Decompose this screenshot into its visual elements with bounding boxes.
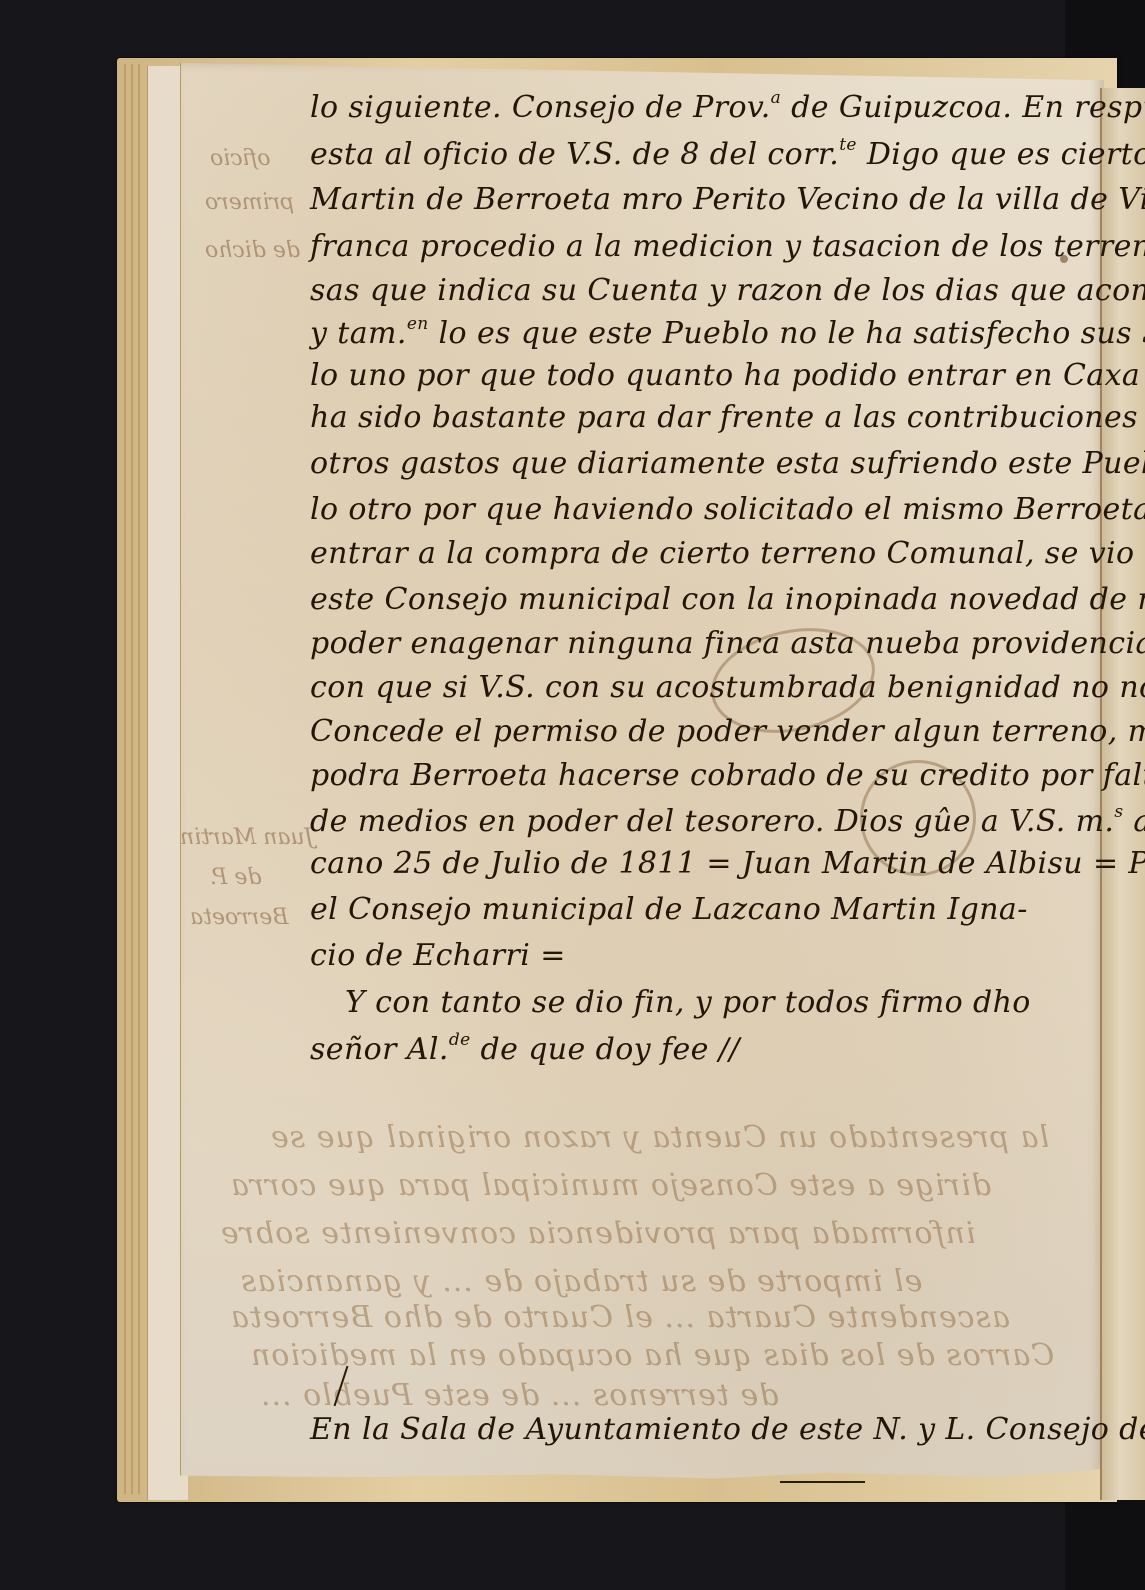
manuscript-line: En la Sala de Ayuntamiento de este N. y … xyxy=(310,1412,1145,1447)
margin-bleed-text: de P. xyxy=(210,865,261,890)
bleed-through-line: Carros de los dias que ha ocupado en la … xyxy=(250,1338,1054,1373)
manuscript-line: el Consejo municipal de Lazcano Martin I… xyxy=(310,892,1028,927)
page-edge-line xyxy=(124,64,126,1494)
manuscript-line: de medios en poder del tesorero. Dios gû… xyxy=(310,802,1145,839)
page-edge-line xyxy=(131,64,133,1494)
manuscript-line: Martin de Berroeta mro Perito Vecino de … xyxy=(310,182,1145,217)
bleed-through-line: dirige a este Consejo municipal para que… xyxy=(230,1168,991,1203)
manuscript-line: lo otro por que haviendo solicitado el m… xyxy=(310,492,1145,527)
manuscript-line: cio de Echarri = xyxy=(310,938,566,973)
manuscript-line: entrar a la compra de cierto terreno Com… xyxy=(310,536,1135,571)
manuscript-line: lo siguiente. Consejo de Prov.a de Guipu… xyxy=(310,88,1145,125)
margin-bleed-text: de dicho xyxy=(205,238,300,263)
margin-bleed-text: oficio xyxy=(210,146,271,171)
manuscript-line: Concede el permiso de poder vender algun… xyxy=(310,714,1145,749)
margin-bleed-text: Berroeta xyxy=(190,905,288,930)
manuscript-line: cano 25 de Julio de 1811 = Juan Martin d… xyxy=(310,846,1145,881)
manuscript-line: otros gastos que diariamente esta sufrie… xyxy=(310,446,1145,481)
bleed-through-line: la presentado un Cuenta y razon original… xyxy=(270,1120,1049,1155)
margin-bleed-text: Juan Martin xyxy=(180,825,313,850)
page-edge-line xyxy=(138,64,140,1494)
manuscript-line: este Consejo municipal con la inopinada … xyxy=(310,582,1145,617)
bleed-through-line: el importe de su trabajo de ... y gananc… xyxy=(240,1264,922,1299)
manuscript-line: franca procedio a la medicion y tasacion… xyxy=(310,229,1145,264)
manuscript-line: podra Berroeta hacerse cobrado de su cre… xyxy=(310,758,1145,793)
manuscript-line: sas que indica su Cuenta y razon de los … xyxy=(310,273,1145,308)
manuscript-line: ha sido bastante para dar frente a las c… xyxy=(310,400,1145,435)
manuscript-line: y tam.en lo es que este Pueblo no le ha … xyxy=(310,314,1145,351)
bleed-through-line: ascendente Cuarta ... el Cuarto de dho B… xyxy=(230,1300,1010,1335)
manuscript-line: esta al oficio de V.S. de 8 del corr.te … xyxy=(310,135,1145,172)
bleed-through-line: informada para providencia conveniente s… xyxy=(220,1216,975,1251)
underline-rule xyxy=(780,1481,865,1483)
manuscript-line: lo uno por que todo quanto ha podido ent… xyxy=(310,358,1145,393)
manuscript-line: señor Al.de de que doy fee // xyxy=(310,1030,740,1067)
margin-bleed-text: primero xyxy=(205,190,294,215)
manuscript-line: Y con tanto se dio fin, y por todos firm… xyxy=(345,985,1031,1020)
manuscript-line: con que si V.S. con su acostumbrada beni… xyxy=(310,670,1145,705)
manuscript-line: poder enagenar ninguna finca asta nueba … xyxy=(310,626,1145,661)
